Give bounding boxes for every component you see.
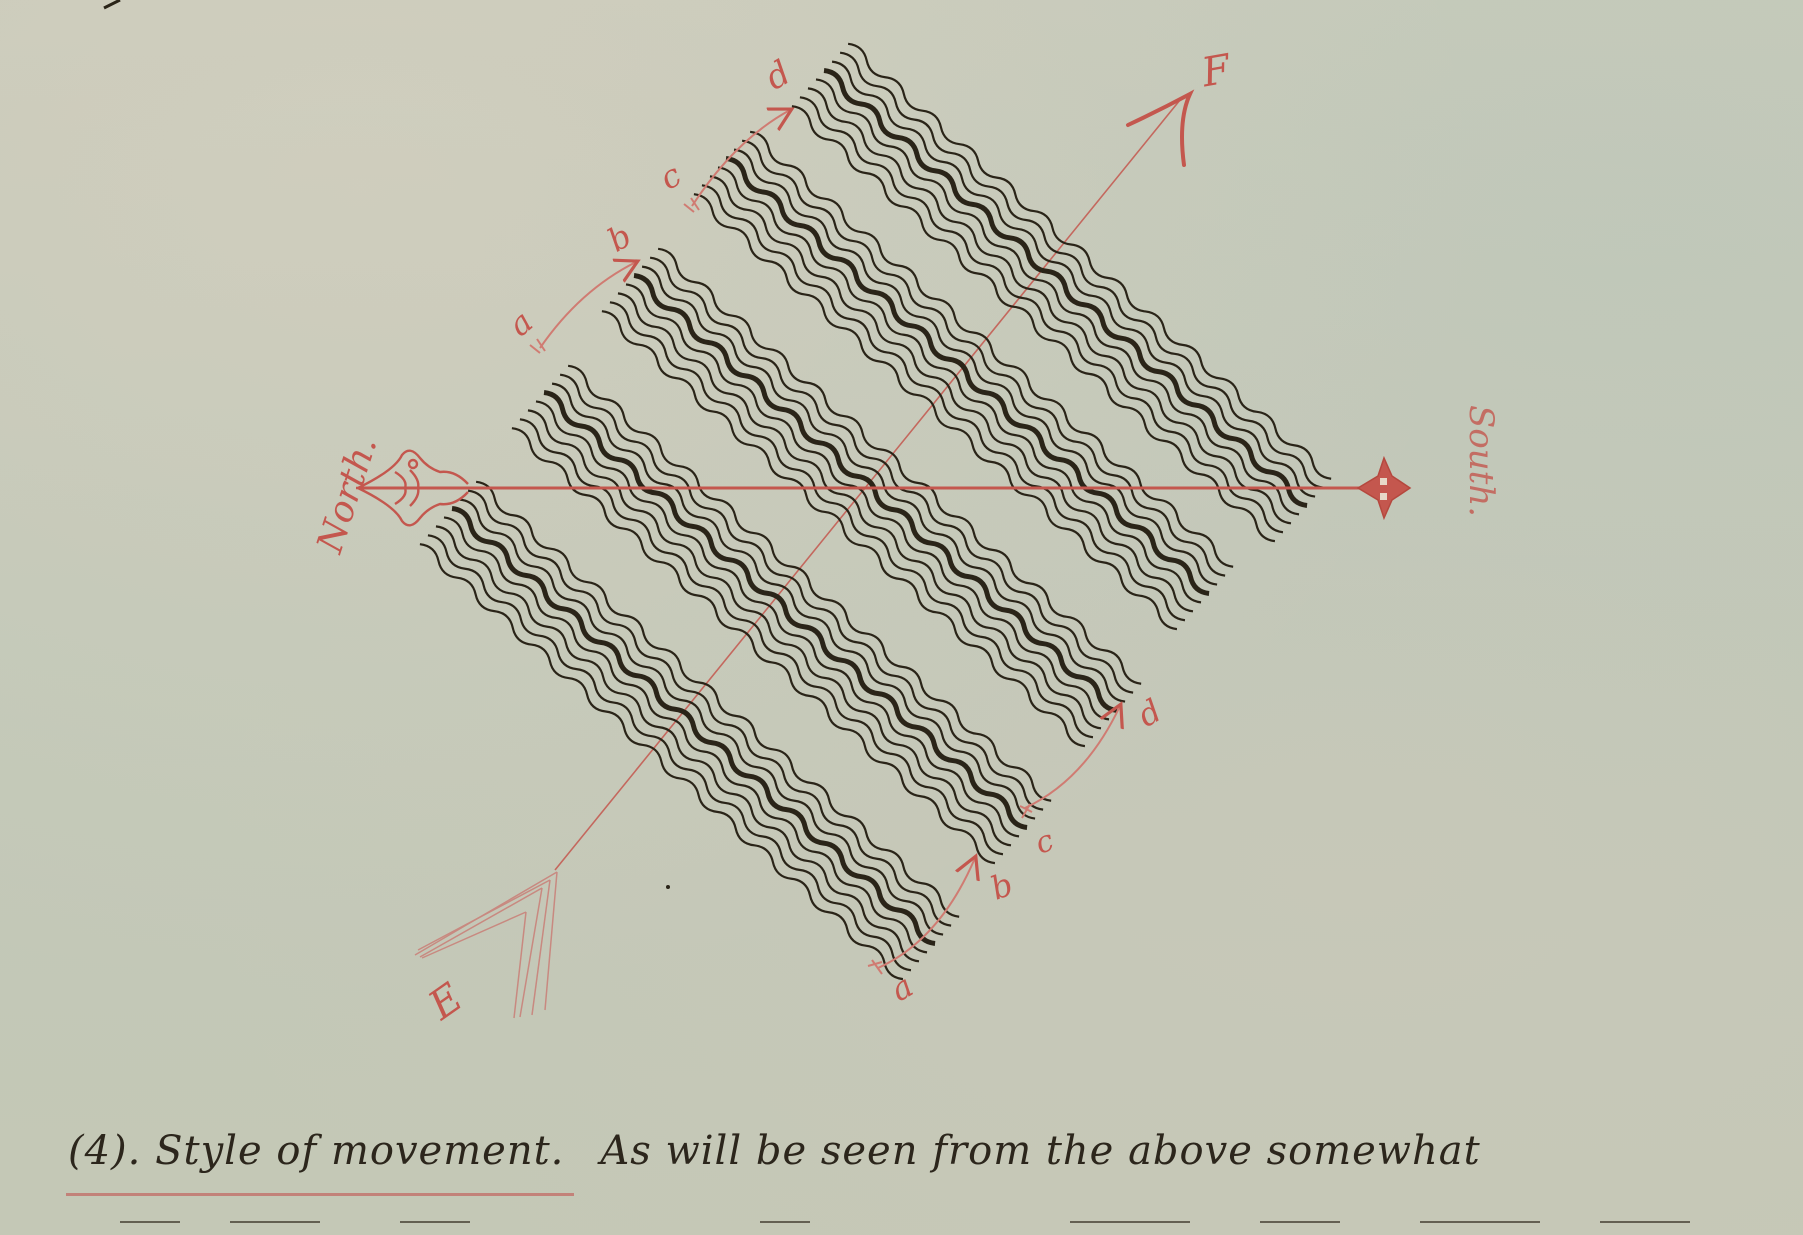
direction-axis	[415, 94, 1190, 1018]
upper-label-a: a	[501, 303, 540, 344]
upper-label-b: b	[601, 216, 638, 259]
body-text-line-1: As will be seen from the above somewhat	[600, 1128, 1480, 1174]
upper-sequence: a b c d	[501, 53, 797, 353]
heading-underline	[66, 1193, 574, 1196]
section-heading-title: Style of movement.	[155, 1128, 564, 1174]
wave-bands	[417, 40, 1334, 982]
south-label: South.	[1461, 405, 1501, 517]
lower-label-d: d	[1131, 691, 1168, 734]
section-text-line: (4). Style of movement. As will be seen …	[68, 1128, 1481, 1174]
section-heading: (4). Style of movement.	[68, 1128, 564, 1174]
ink-dot	[666, 885, 670, 889]
cut-off-next-line	[0, 1215, 1803, 1235]
wave-movement-diagram: North. South. F E a b c d a b c d	[0, 0, 1803, 1235]
ink-mark	[104, 0, 120, 8]
lower-label-c: c	[1031, 823, 1059, 862]
upper-label-d: d	[759, 53, 798, 99]
section-number: (4).	[68, 1128, 141, 1174]
diamond-marker-icon	[1358, 458, 1410, 518]
lower-label-b: b	[986, 865, 1018, 908]
upper-label-c: c	[653, 156, 688, 198]
arrow-head-icon	[1128, 94, 1190, 165]
arrow-head-label: F	[1198, 46, 1236, 97]
arrow-tail-label: E	[420, 975, 471, 1030]
lower-label-a: a	[884, 967, 920, 1009]
lower-sequence: a b c d	[868, 691, 1168, 1009]
